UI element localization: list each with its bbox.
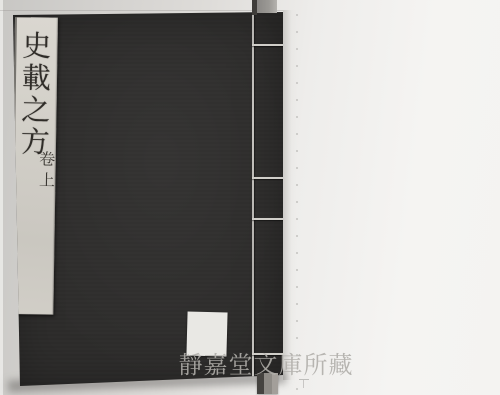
binding-stitch [252, 177, 284, 179]
book-cover: 史載之方 卷上 [10, 8, 286, 390]
backing-sheet-seam [0, 10, 283, 11]
backing-dotted-line [296, 14, 298, 390]
book-title-text: 史載之方 [17, 30, 48, 158]
title-slip: 史載之方 卷上 [10, 17, 58, 315]
binding-stitch [252, 44, 284, 46]
binding-thread-vertical [252, 13, 254, 377]
volume-text: 卷上 [36, 150, 53, 192]
blank-paper-label [186, 311, 227, 356]
scan-edge-strip [0, 0, 3, 395]
page-block-top-corner [257, 0, 277, 13]
book-edge-shadow [283, 10, 297, 380]
collection-watermark: 靜嘉堂文庫所藏 [166, 354, 366, 378]
binding-stitch [252, 218, 284, 220]
registration-mark [299, 379, 309, 389]
book-photograph: 史載之方 卷上 靜嘉堂文庫所藏 [0, 0, 500, 395]
